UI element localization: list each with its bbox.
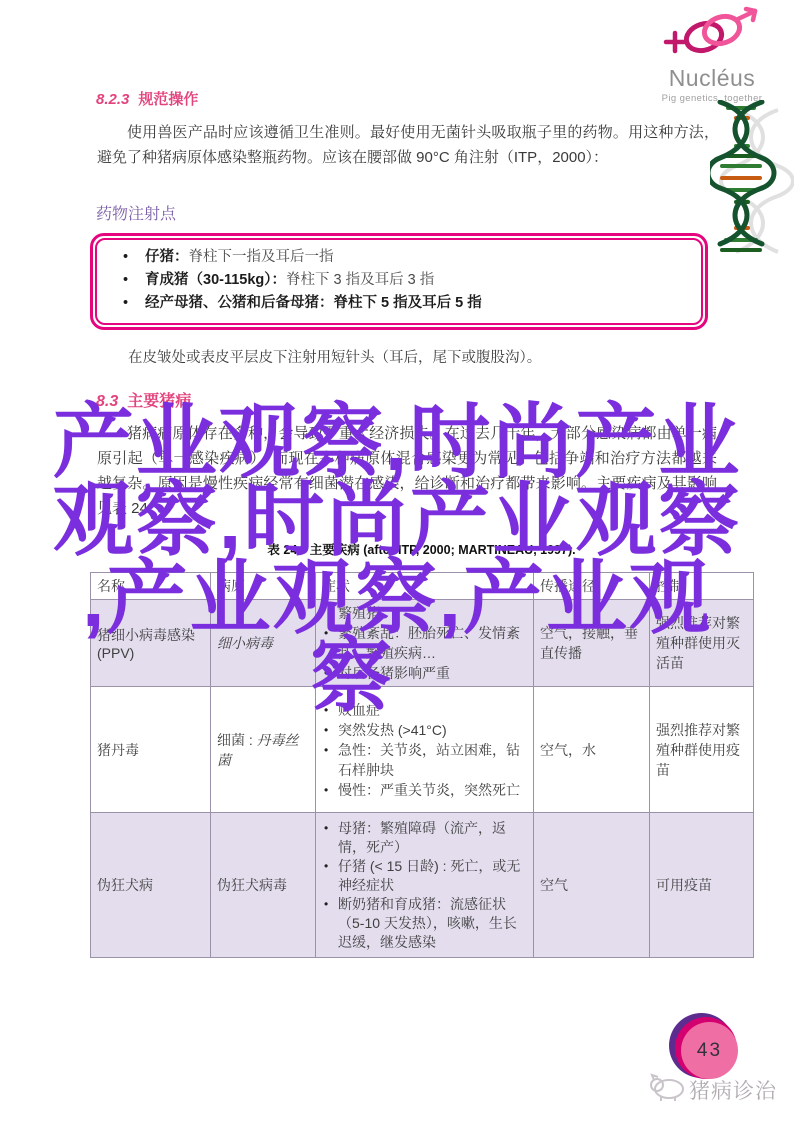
cell-disease-name: 猪丹毒: [91, 687, 211, 813]
cell-control: 可用疫苗: [650, 813, 754, 958]
pathogen-prefix: 细菌 :: [217, 732, 257, 748]
section-title: 主要猪病: [127, 393, 191, 410]
cell-pathogen: 细菌 : 丹毒丝菌: [211, 687, 316, 813]
column-header: 病原: [211, 573, 316, 600]
section-title: 规范操作: [138, 91, 198, 108]
table-row: 伪狂犬病 伪狂犬病毒 母猪：繁殖障碍（流产，返情，死产） 仔猪 (< 15 日龄…: [91, 813, 754, 958]
list-item: 断奶猪和育成猪：流感征状（5-10 天发热），咳嗽，生长迟缓，继发感染: [322, 895, 527, 952]
cell-pathogen: 细小病毒: [211, 600, 316, 687]
injection-points-box: 仔猪：脊柱下一指及耳后一指 育成猪（30-115kg）：脊柱下 3 指及耳后 3…: [90, 233, 708, 330]
section-number: 8.2.3: [96, 91, 129, 108]
symptom-intro: 繁殖猪：: [322, 603, 527, 623]
column-header: 控制: [650, 573, 754, 600]
symptom-list: 母猪：繁殖障碍（流产，返情，死产） 仔猪 (< 15 日龄) : 死亡，或无神经…: [322, 819, 527, 952]
list-item: 败血症: [322, 700, 527, 720]
cell-transmission: 空气，水: [534, 687, 650, 813]
cell-disease-name: 猪细小病毒感染 (PPV): [91, 600, 211, 687]
list-item: 母猪：繁殖障碍（流产，返情，死产）: [322, 819, 527, 857]
paragraph-83-body: 猪病病原体存在多种，会导致严重大经济损失。在过去几十年，大部分感染病都由单一病原…: [97, 421, 717, 521]
nucleus-logo: Nucléus Pig genetics, together: [638, 6, 786, 104]
cell-control: 强烈推荐对繁殖种群使用灭活苗: [650, 600, 754, 687]
cell-control: 强烈推荐对繁殖种群使用疫苗: [650, 687, 754, 813]
paragraph-823-body: 使用兽医产品时应该遵循卫生准则。最好使用无菌针头吸取瓶子里的药物。用这种方法，避…: [97, 120, 719, 170]
list-item: 繁殖紊乱：胚胎死亡、发情紊乱、繁殖疾病…: [322, 623, 527, 663]
cell-symptoms: 母猪：繁殖障碍（流产，返情，死产） 仔猪 (< 15 日龄) : 死亡，或无神经…: [316, 813, 534, 958]
page-number: 43: [697, 1040, 722, 1062]
dna-helix-image: [710, 100, 794, 260]
logo-name: Nucléus: [638, 65, 786, 92]
section-heading-83: 8.3主要猪病: [96, 388, 191, 411]
symptom-list: 繁殖紊乱：胚胎死亡、发情紊乱、繁殖疾病… 对后备猪影响严重: [322, 623, 527, 683]
list-item: 突然发热 (>41°C): [322, 720, 527, 740]
section-heading-823: 8.2.3规范操作: [96, 88, 198, 109]
list-item: 经产母猪、公猪和后备母猪：脊柱下 5 指及耳后 5 指: [111, 292, 691, 315]
pig-icon: [648, 1072, 686, 1107]
document-page: Nucléus Pig genetics, together: [0, 0, 794, 1123]
list-item: 仔猪：脊柱下一指及耳后一指: [111, 246, 691, 269]
cell-pathogen: 伪狂犬病毒: [211, 813, 316, 958]
gender-symbols-icon: [658, 47, 766, 64]
cell-transmission: 空气: [534, 813, 650, 958]
table-row: 猪丹毒 细菌 : 丹毒丝菌 败血症 突然发热 (>41°C) 急性：关节炎，站立…: [91, 687, 754, 813]
column-header: 传播途径: [534, 573, 650, 600]
bullet-text: 脊柱下一指及耳后一指: [189, 249, 334, 265]
bullet-label: 经产母猪、公猪和后备母猪：脊柱下 5 指及耳后 5 指: [145, 295, 482, 311]
table-caption: 表 24：主要疾病 (after ITP, 2000; MARTINEAU, 1…: [90, 540, 753, 558]
cell-symptoms: 败血症 突然发热 (>41°C) 急性：关节炎，站立困难，钻石样肿块 慢性：严重…: [316, 687, 534, 813]
list-item: 慢性：严重关节炎，突然死亡: [322, 780, 527, 800]
badge-inner-circle: 43: [681, 1022, 738, 1079]
bullet-label: 育成猪（30-115kg）：: [145, 272, 286, 288]
column-header: 症状: [316, 573, 534, 600]
list-item: 育成猪（30-115kg）：脊柱下 3 指及耳后 3 指: [111, 269, 691, 292]
list-item: 仔猪 (< 15 日龄) : 死亡，或无神经症状: [322, 857, 527, 895]
injection-heading: 药物注射点: [96, 201, 176, 224]
column-header: 名称: [91, 573, 211, 600]
footer-brand: 猪病诊治: [648, 1072, 777, 1107]
injection-points-box-inner: 仔猪：脊柱下一指及耳后一指 育成猪（30-115kg）：脊柱下 3 指及耳后 3…: [95, 238, 703, 325]
table-header-row: 名称 病原 症状 传播途径 控制: [91, 573, 754, 600]
bullet-label: 仔猪：: [145, 249, 189, 265]
list-item: 对后备猪影响严重: [322, 663, 527, 683]
disease-table: 名称 病原 症状 传播途径 控制 猪细小病毒感染 (PPV) 细小病毒 繁殖猪：…: [90, 572, 754, 958]
cell-symptoms: 繁殖猪： 繁殖紊乱：胚胎死亡、发情紊乱、繁殖疾病… 对后备猪影响严重: [316, 600, 534, 687]
injection-note: 在皮皱处或表皮平层皮下注射用短针头（耳后，尾下或腹股沟）。: [128, 346, 541, 367]
injection-bullet-list: 仔猪：脊柱下一指及耳后一指 育成猪（30-115kg）：脊柱下 3 指及耳后 3…: [111, 246, 691, 315]
section-number: 8.3: [96, 393, 118, 410]
table-row: 猪细小病毒感染 (PPV) 细小病毒 繁殖猪： 繁殖紊乱：胚胎死亡、发情紊乱、繁…: [91, 600, 754, 687]
brand-text: 猪病诊治: [689, 1075, 777, 1105]
bullet-text: 脊柱下 3 指及耳后 3 指: [286, 272, 434, 288]
cell-disease-name: 伪狂犬病: [91, 813, 211, 958]
symptom-list: 败血症 突然发热 (>41°C) 急性：关节炎，站立困难，钻石样肿块 慢性：严重…: [322, 700, 527, 800]
cell-transmission: 空气，接触，垂直传播: [534, 600, 650, 687]
list-item: 急性：关节炎，站立困难，钻石样肿块: [322, 740, 527, 780]
